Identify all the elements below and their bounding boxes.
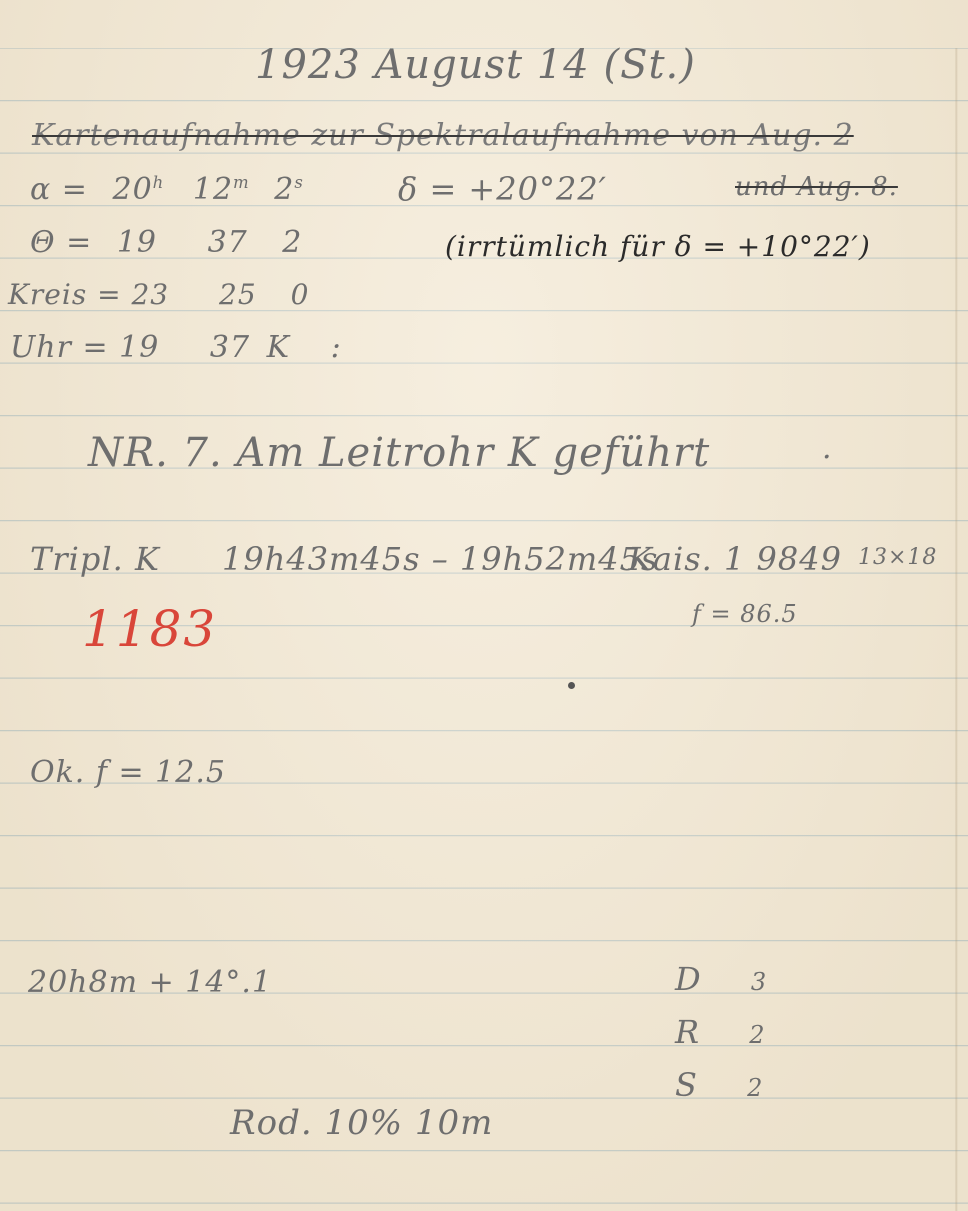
ocular-focus: Ok. f = 12.5: [30, 755, 226, 790]
theta-row: Θ = 19 37 2: [30, 225, 302, 260]
focus-value: f = 86.5: [692, 600, 798, 628]
rating-value: 3: [751, 968, 767, 996]
kreis-label: Kreis =: [8, 278, 122, 311]
page-title: 1923 August 14 (St.): [255, 42, 696, 88]
theta-minutes: 37: [208, 225, 248, 260]
delta-value: δ = +20°22′: [398, 170, 607, 208]
uhr-seconds: K: [267, 330, 290, 365]
ink-blot: [568, 682, 575, 689]
rating-label: S: [675, 1066, 698, 1104]
notebook-page: 1923 August 14 (St.) Kartenaufnahme zur …: [0, 0, 968, 1211]
observation-heading: NR. 7. Am Leitrohr K geführt: [88, 430, 710, 476]
exposure-start: 19h43m45s: [222, 540, 421, 578]
rating-value: 2: [749, 1021, 765, 1049]
plate-number: 1183: [82, 600, 217, 658]
uhr-label: Uhr =: [10, 330, 109, 365]
rating-row-d: D 3: [675, 960, 767, 998]
uhr-hours: 19: [119, 330, 159, 365]
alpha-minutes: 12: [193, 172, 233, 207]
kreis-minutes: 25: [219, 278, 257, 311]
uhr-row: Uhr = 19 37 K :: [10, 330, 342, 365]
alpha-hours: 20: [112, 172, 152, 207]
delta-correction-note: (irrtümlich für δ = +10°22′): [445, 230, 871, 263]
stray-dot: ·: [822, 440, 833, 475]
position-note: 20h8m + 14°.1: [28, 965, 272, 1000]
rating-label: D: [675, 960, 702, 998]
alpha-seconds: 2: [274, 172, 294, 207]
rating-label: R: [675, 1013, 700, 1051]
theta-hours: 19: [117, 225, 157, 260]
plate-type: Kais. 1 9849: [628, 540, 842, 578]
theta-label: Θ =: [30, 225, 92, 260]
alpha-label: α =: [30, 172, 88, 207]
crossed-out-line: Kartenaufnahme zur Spektralaufnahme von …: [32, 118, 854, 153]
development-note: Rod. 10% 10m: [230, 1103, 493, 1143]
plate-size: 13×18: [858, 545, 937, 570]
rating-value: 2: [747, 1074, 763, 1102]
rating-row-s: S 2: [675, 1066, 763, 1104]
rating-row-r: R 2: [675, 1013, 766, 1051]
exposure-times: 19h43m45s – 19h52m45s: [222, 540, 658, 578]
crossed-suffix: und Aug. 8.: [735, 172, 898, 202]
kreis-row: Kreis = 23 25 0: [8, 278, 309, 311]
kreis-seconds: 0: [291, 278, 310, 311]
alpha-row: α = 20h 12m 2s: [30, 172, 304, 207]
theta-seconds: 2: [282, 225, 302, 260]
uhr-minutes: 37: [210, 330, 250, 365]
exposure-instrument: Tripl. K: [30, 540, 160, 578]
kreis-hours: 23: [131, 278, 169, 311]
